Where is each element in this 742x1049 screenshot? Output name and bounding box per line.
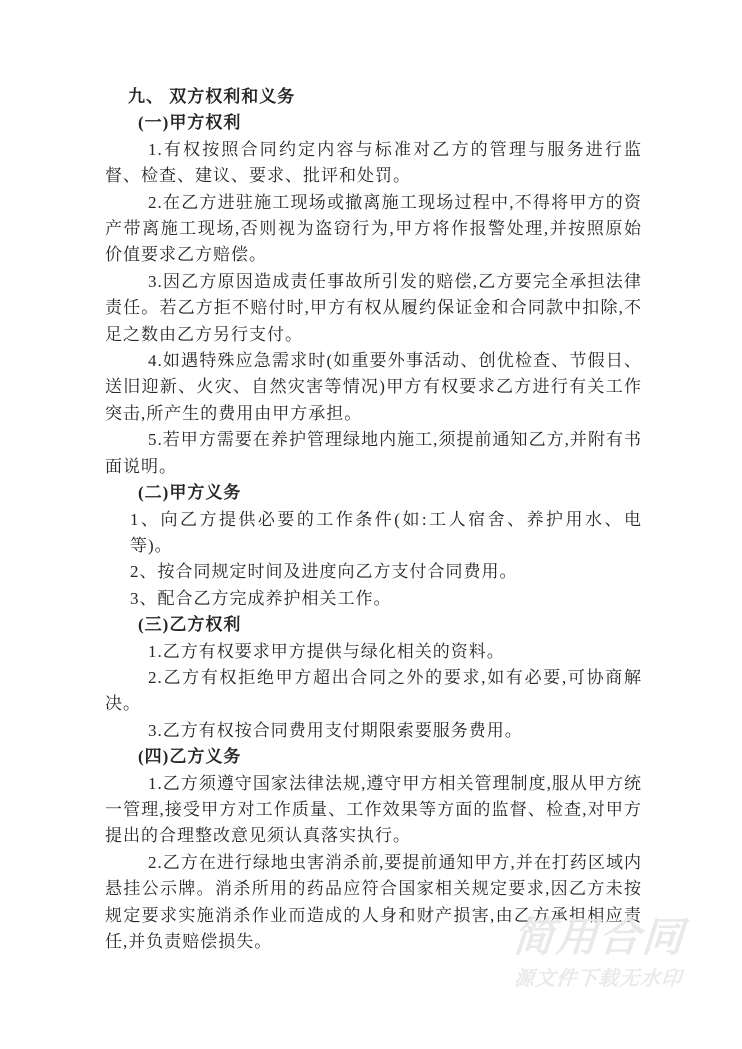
list-item: 1、向乙方提供必要的工作条件(如:工人宿舍、养护用水、电等)。 <box>105 507 642 560</box>
subsection-heading: (一)甲方权利 <box>105 110 642 136</box>
paragraph: 4.如遇特殊应急需求时(如重要外事活动、创优检查、节假日、送旧迎新、火灾、自然灾… <box>105 348 642 427</box>
paragraph: 1.乙方须遵守国家法律法规,遵守甲方相关管理制度,服从甲方统一管理,接受甲方对工… <box>105 771 642 850</box>
paragraph: 5.若甲方需要在养护管理绿地内施工,须提前通知乙方,并附有书面说明。 <box>105 427 642 480</box>
subsection-heading: (二)甲方义务 <box>105 480 642 506</box>
paragraph: 3.乙方有权按合同费用支付期限索要服务费用。 <box>105 718 642 744</box>
contract-body: 九、 双方权利和义务(一)甲方权利1.有权按照合同约定内容与标准对乙方的管理与服… <box>105 84 642 955</box>
watermark-subtitle: 源文件下载无水印 <box>509 968 683 990</box>
section-heading: 九、 双方权利和义务 <box>105 84 642 110</box>
subsection-heading: (三)乙方权利 <box>105 612 642 638</box>
list-item: 3、配合乙方完成养护相关工作。 <box>105 586 642 612</box>
document-page: 九、 双方权利和义务(一)甲方权利1.有权按照合同约定内容与标准对乙方的管理与服… <box>0 0 742 1049</box>
subsection-heading: (四)乙方义务 <box>105 744 642 770</box>
paragraph: 2.在乙方进驻施工现场或撤离施工现场过程中,不得将甲方的资产带离施工现场,否则视… <box>105 190 642 269</box>
watermark-title: 简用合同 <box>512 916 687 958</box>
paragraph: 1.有权按照合同约定内容与标准对乙方的管理与服务进行监督、检查、建议、要求、批评… <box>105 137 642 190</box>
paragraph: 3.因乙方原因造成责任事故所引发的赔偿,乙方要完全承担法律责任。若乙方拒不赔付时… <box>105 269 642 348</box>
watermark: 简用合同 源文件下载无水印 <box>509 916 686 990</box>
paragraph: 1.乙方有权要求甲方提供与绿化相关的资料。 <box>105 639 642 665</box>
paragraph: 2.乙方有权拒绝甲方超出合同之外的要求,如有必要,可协商解决。 <box>105 665 642 718</box>
list-item: 2、按合同规定时间及进度向乙方支付合同费用。 <box>105 559 642 585</box>
